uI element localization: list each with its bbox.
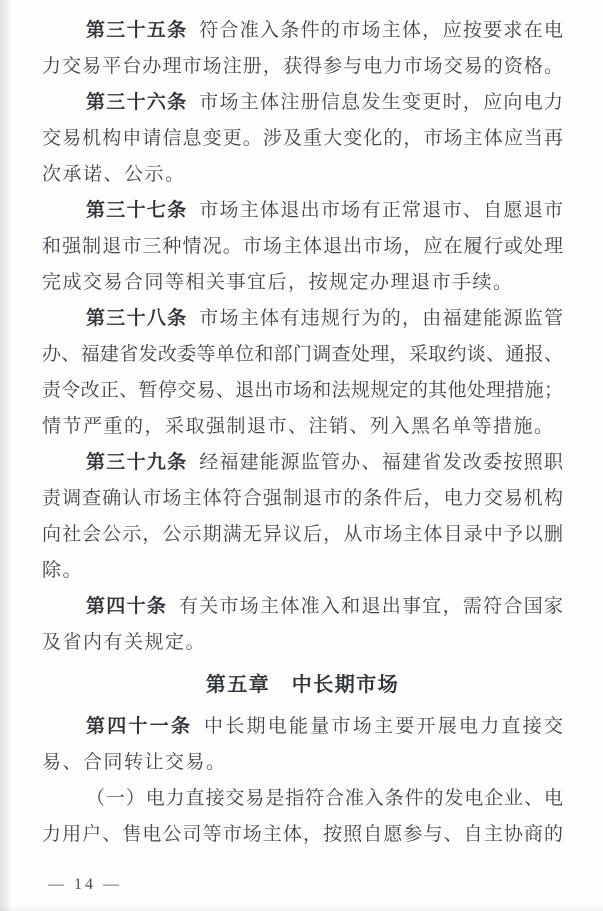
article-37: 第三十七条市场主体退出市场有正常退市、自愿退市和强制退市三种情况。市场主体退出市… bbox=[42, 193, 563, 301]
article-41: 第四十一条中长期电能量市场主要开展电力直接交易、合同转让交易。 bbox=[42, 709, 563, 781]
text-line: 责令改正、暂停交易、退出市场和法规规定的其他处理措施； bbox=[42, 373, 563, 409]
article-number: 第四十条 bbox=[86, 596, 167, 617]
text-line: 第三十六条市场主体注册信息发生变更时，应向电力 bbox=[42, 85, 563, 121]
article-number: 第三十九条 bbox=[86, 452, 187, 473]
text-line: 第三十七条市场主体退出市场有正常退市、自愿退市 bbox=[42, 193, 563, 229]
article-number: 第三十六条 bbox=[86, 92, 187, 113]
text-line: 情节严重的，采取强制退市、注销、列入黑名单等措施。 bbox=[42, 409, 563, 445]
article-40: 第四十条有关市场主体准入和退出事宜，需符合国家及省内有关规定。 bbox=[42, 589, 563, 661]
article-number: 第三十八条 bbox=[86, 308, 187, 329]
text-line: 向社会公示，公示期满无异议后，从市场主体目录中予以删 bbox=[42, 517, 563, 553]
document-page: 第三十五条符合准入条件的市场主体，应按要求在电力交易平台办理市场注册，获得参与电… bbox=[0, 0, 603, 911]
article-number: 第四十一条 bbox=[86, 716, 192, 737]
item-1: （一）电力直接交易是指符合准入条件的发电企业、电力用户、售电公司等市场主体，按照… bbox=[42, 781, 563, 853]
document-body: 第三十五条符合准入条件的市场主体，应按要求在电力交易平台办理市场注册，获得参与电… bbox=[42, 13, 563, 853]
article-number: 第三十七条 bbox=[86, 200, 187, 221]
text-line: 办、福建省发改委等单位和部门调查处理，采取约谈、通报、 bbox=[42, 337, 563, 373]
text-line: 完成交易合同等相关事宜后，按规定办理退市手续。 bbox=[42, 265, 563, 301]
text-line: （一）电力直接交易是指符合准入条件的发电企业、电 bbox=[42, 781, 563, 817]
text-line: 及省内有关规定。 bbox=[42, 625, 563, 661]
article-35: 第三十五条符合准入条件的市场主体，应按要求在电力交易平台办理市场注册，获得参与电… bbox=[42, 13, 563, 85]
text-line: 第三十五条符合准入条件的市场主体，应按要求在电 bbox=[42, 13, 563, 49]
text-line: 第四十一条中长期电能量市场主要开展电力直接交 bbox=[42, 709, 563, 745]
text-line: 和强制退市三种情况。市场主体退出市场，应在履行或处理 bbox=[42, 229, 563, 265]
text-line: 力用户、售电公司等市场主体，按照自愿参与、自主协商的 bbox=[42, 817, 563, 853]
scan-edge-shading-bottom bbox=[0, 905, 603, 911]
text-line: 交易机构申请信息变更。涉及重大变化的，市场主体应当再 bbox=[42, 121, 563, 157]
text-line: 责调查确认市场主体符合强制退市的条件后，电力交易机构 bbox=[42, 481, 563, 517]
article-38: 第三十八条市场主体有违规行为的，由福建能源监管办、福建省发改委等单位和部门调查处… bbox=[42, 301, 563, 445]
article-36: 第三十六条市场主体注册信息发生变更时，应向电力交易机构申请信息变更。涉及重大变化… bbox=[42, 85, 563, 193]
text-line: 除。 bbox=[42, 553, 563, 589]
page-number: — 14 — bbox=[48, 877, 122, 893]
text-line: 次承诺、公示。 bbox=[42, 157, 563, 193]
text-line: 第四十条有关市场主体准入和退出事宜，需符合国家 bbox=[42, 589, 563, 625]
article-39: 第三十九条经福建能源监管办、福建省发改委按照职责调查确认市场主体符合强制退市的条… bbox=[42, 445, 563, 589]
chapter-5-heading: 第五章 中长期市场 bbox=[42, 667, 563, 703]
text-line: 第三十八条市场主体有违规行为的，由福建能源监管 bbox=[42, 301, 563, 337]
text-line: 易、合同转让交易。 bbox=[42, 745, 563, 781]
scan-edge-shading-left bbox=[0, 0, 12, 911]
text-line: 第三十九条经福建能源监管办、福建省发改委按照职 bbox=[42, 445, 563, 481]
article-number: 第三十五条 bbox=[86, 20, 187, 41]
text-line: 力交易平台办理市场注册，获得参与电力市场交易的资格。 bbox=[42, 49, 563, 85]
